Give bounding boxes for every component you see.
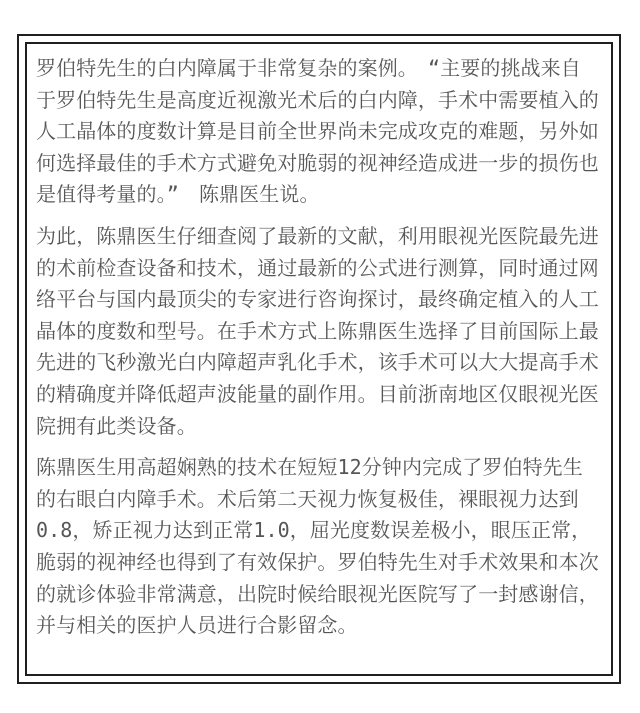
text-line: 的右眼白内障手术。术后第二天视力恢复极佳，裸眼视力达到: [36, 484, 604, 516]
paragraph-2: 为此，陈鼎医生仔细查阅了最新的文献，利用眼视光医院最先进 的术前检查设备和技术，…: [36, 221, 604, 442]
text-line: 先进的飞秒激光白内障超声乳化手术，该手术可以大大提高手术: [36, 347, 604, 379]
article-body: 罗伯特先生的白内障属于非常复杂的案例。 “主要的挑战来自 于罗伯特先生是高度近视…: [25, 42, 613, 676]
text-line: 0.8，矫正视力达到正常1.0，屈光度数误差极小，眼压正常，: [36, 515, 604, 547]
text-line: 络平台与国内最顶尖的专家进行咨询探讨，最终确定植入的人工: [36, 284, 604, 316]
text-line: 陈鼎医生用高超娴熟的技术在短短12分钟内完成了罗伯特先生: [36, 452, 604, 484]
article-outer-frame: 罗伯特先生的白内障属于非常复杂的案例。 “主要的挑战来自 于罗伯特先生是高度近视…: [17, 34, 621, 684]
text-line: 人工晶体的度数计算是目前全世界尚未完成攻克的难题，另外如: [36, 116, 604, 148]
text-line: 罗伯特先生的白内障属于非常复杂的案例。 “主要的挑战来自: [36, 53, 604, 85]
text-line: 脆弱的视神经也得到了有效保护。罗伯特先生对手术效果和本次: [36, 547, 604, 579]
text-line: 何选择最佳的手术方式避免对脆弱的视神经造成进一步的损伤也: [36, 148, 604, 180]
text-line: 的就诊体验非常满意，出院时候给眼视光医院写了一封感谢信，: [36, 579, 604, 611]
text-line: 是值得考量的。” 陈鼎医生说。: [36, 179, 604, 211]
text-line: 院拥有此类设备。: [36, 411, 604, 443]
text-line: 的精确度并降低超声波能量的副作用。目前浙南地区仅眼视光医: [36, 379, 604, 411]
text-line: 的术前检查设备和技术，通过最新的公式进行测算，同时通过网: [36, 253, 604, 285]
text-line: 于罗伯特先生是高度近视激光术后的白内障，手术中需要植入的: [36, 85, 604, 117]
text-line: 为此，陈鼎医生仔细查阅了最新的文献，利用眼视光医院最先进: [36, 221, 604, 253]
text-line: 晶体的度数和型号。在手术方式上陈鼎医生选择了目前国际上最: [36, 316, 604, 348]
paragraph-1: 罗伯特先生的白内障属于非常复杂的案例。 “主要的挑战来自 于罗伯特先生是高度近视…: [36, 53, 604, 211]
paragraph-3: 陈鼎医生用高超娴熟的技术在短短12分钟内完成了罗伯特先生 的右眼白内障手术。术后…: [36, 452, 604, 642]
article-page: 罗伯特先生的白内障属于非常复杂的案例。 “主要的挑战来自 于罗伯特先生是高度近视…: [0, 0, 640, 713]
text-line: 并与相关的医护人员进行合影留念。: [36, 610, 604, 642]
